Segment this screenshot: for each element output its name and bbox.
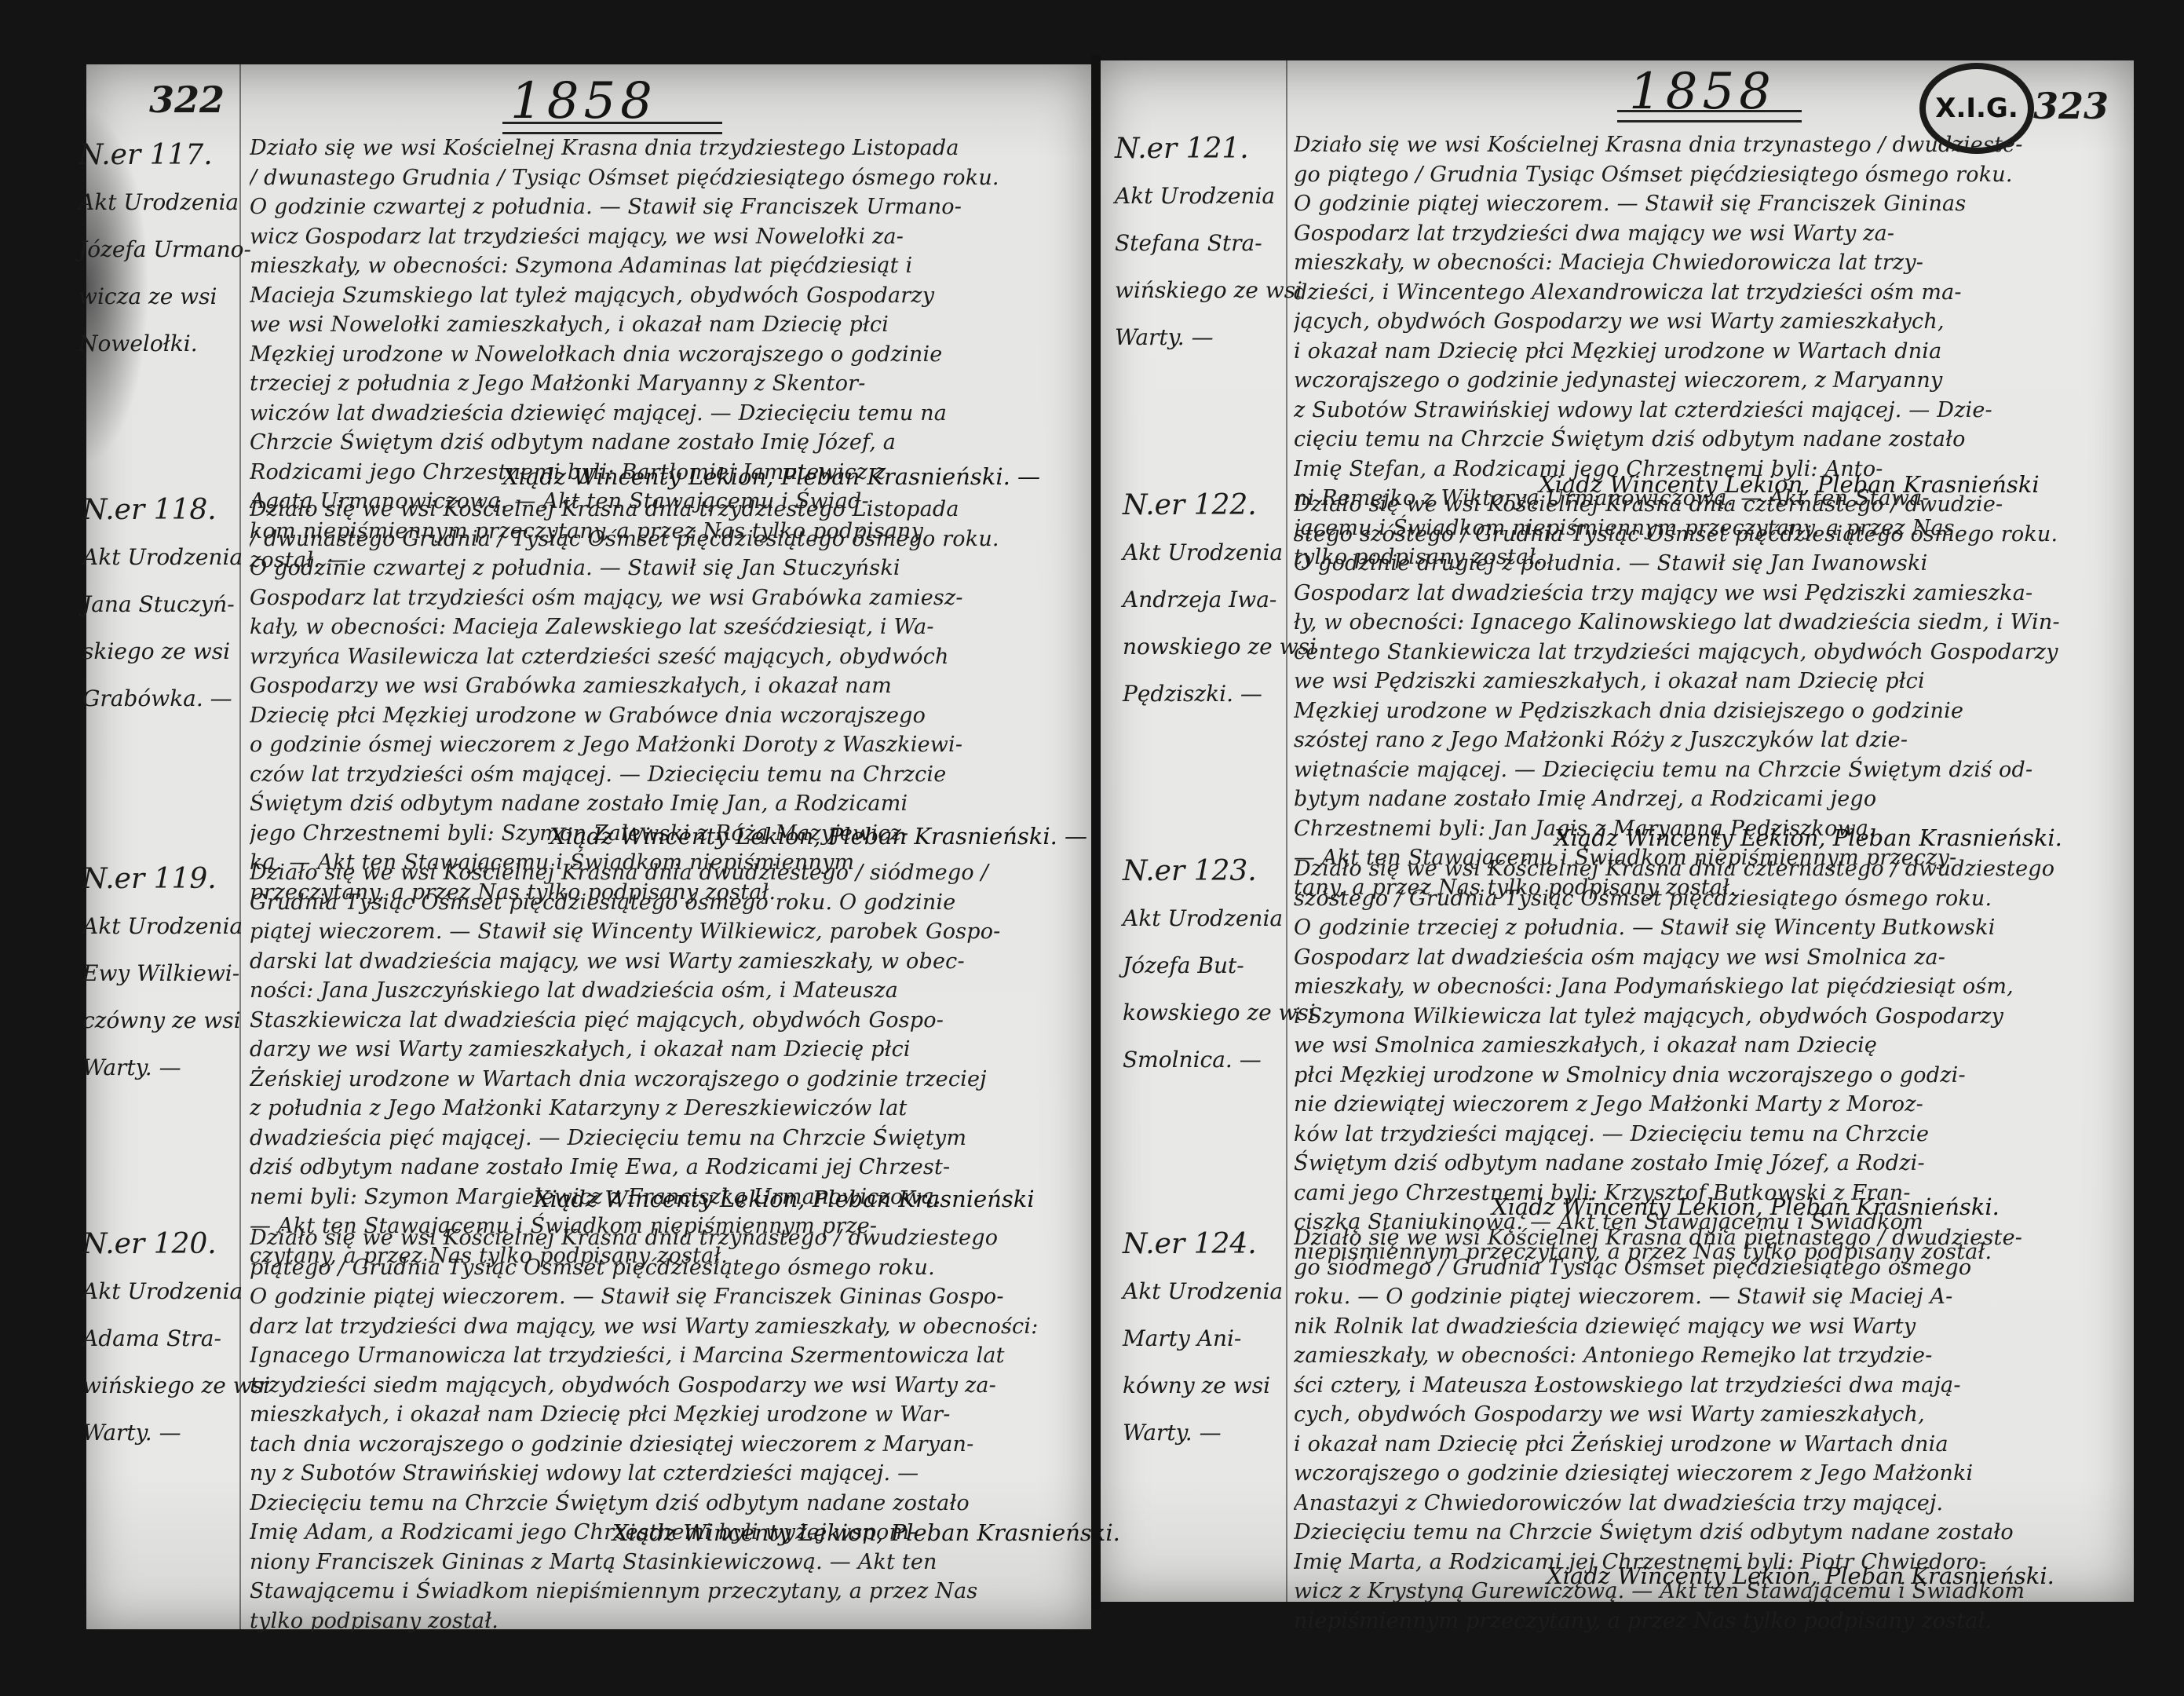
- text-line: stego szóstego / Grudnia Tysiąc Ośmset p…: [1294, 520, 2126, 550]
- text-line: dzieści, i Wincentego Alexandrowicza lat…: [1294, 278, 2126, 308]
- year-underline: [1617, 110, 1802, 122]
- entry-number: N.er 119.: [82, 856, 243, 903]
- entry-margin-line: Akt Urodzenia: [82, 1268, 270, 1315]
- text-line: Gospodarzy we wsi Grabówka zamieszkałych…: [250, 671, 1082, 701]
- text-line: ny z Subotów Strawińskiej wdowy lat czte…: [250, 1459, 1082, 1489]
- entry-margin-line: Nowelołki.: [79, 320, 251, 367]
- text-line: czów lat trzydzieści ośm mającej. — Dzie…: [250, 760, 1082, 790]
- entry-margin-line: skiego ze wsi: [82, 628, 243, 675]
- text-line: szóstej rano z Jego Małżonki Róży z Jusz…: [1294, 726, 2126, 755]
- entry-margin-line: Józefa Urmano-: [79, 226, 251, 273]
- text-line: trzydzieści siedm mających, obydwóch Gos…: [250, 1371, 1082, 1401]
- text-line: Grudnia Tysiąc Ośmset pięćdziesiątego ós…: [250, 888, 1082, 918]
- priest-signature: Xiądz Wincenty Lekion, Pleban Krasnieńsk…: [1554, 824, 2062, 851]
- text-line: z Subotów Strawińskiej wdowy lat czterdz…: [1294, 396, 2126, 426]
- entry-number: N.er 123.: [1123, 848, 1316, 895]
- text-line: o godzinie ósmej wieczorem z Jego Małżon…: [250, 730, 1082, 760]
- entry-margin-118: N.er 118. Akt Urodzenia Jana Stuczyń- sk…: [82, 487, 243, 722]
- entry-margin-119: N.er 119. Akt Urodzenia Ewy Wilkiewi- cz…: [82, 856, 243, 1091]
- entry-margin-line: Akt Urodzenia: [1123, 1268, 1283, 1315]
- entry-number: N.er 117.: [79, 132, 251, 179]
- text-line: Anastazyi z Chwiedorowiczów lat dwadzieś…: [1294, 1489, 2126, 1519]
- text-line: O godzinie trzeciej z południa. — Stawił…: [1294, 913, 2126, 943]
- entry-margin-line: kówny ze wsi: [1123, 1362, 1283, 1409]
- text-line: nik Rolnik lat dwadzieścia dziewięć mają…: [1294, 1312, 2126, 1342]
- text-line: Gospodarz lat trzydzieści dwa mający we …: [1294, 219, 2126, 249]
- text-line: we wsi Nowelołki zamieszkałych, i okazał…: [250, 310, 1082, 340]
- entry-margin-line: Jana Stuczyń-: [82, 581, 243, 628]
- text-line: Męzkiej urodzone w Pędziszkach dnia dzis…: [1294, 696, 2126, 726]
- text-line: więtnaście mającej. — Dziecięciu temu na…: [1294, 755, 2126, 785]
- entry-number: N.er 118.: [82, 487, 243, 534]
- text-line: wiczów lat dwadzieścia dziewięć mającej.…: [250, 399, 1082, 429]
- text-line: darski lat dwadzieścia mający, we wsi Wa…: [250, 947, 1082, 977]
- text-line: / dwunastego Grudnia / Tysiąc Ośmset pię…: [250, 163, 1082, 193]
- text-line: dwadzieścia pięć mającej. — Dziecięciu t…: [250, 1124, 1082, 1153]
- text-line: Działo się we wsi Kościelnej Krasna dnia…: [250, 1223, 1082, 1253]
- text-line: Działo się we wsi Kościelnej Krasna dnia…: [1294, 490, 2126, 520]
- text-line: darz lat trzydzieści dwa mający, we wsi …: [250, 1312, 1082, 1342]
- text-line: Dziecięciu temu na Chrzcie Świętym dziś …: [1294, 1518, 2126, 1548]
- priest-signature: Xiądz Wincenty Lekion, Pleban Krasnieńsk…: [502, 463, 1040, 490]
- year-underline: [502, 122, 722, 134]
- text-line: O godzinie piątej wieczorem. — Stawił si…: [1294, 189, 2126, 219]
- text-line: Działo się we wsi Kościelnej Krasna dnia…: [1294, 1223, 2126, 1253]
- text-line: Świętym dziś odbytym nadane zostało Imię…: [250, 789, 1082, 819]
- text-line: płci Męzkiej urodzone w Smolnicy dnia wc…: [1294, 1061, 2126, 1091]
- text-line: kały, w obecności: Macieja Zalewskiego l…: [250, 612, 1082, 642]
- entry-margin-line: Warty. —: [1123, 1409, 1283, 1457]
- text-line: wicz Gospodarz lat trzydzieści mający, w…: [250, 222, 1082, 252]
- text-line: mieszkały, w obecności: Jana Podymańskie…: [1294, 972, 2126, 1002]
- entry-margin-line: wińskiego ze wsi: [1115, 267, 1302, 314]
- entry-margin-123: N.er 123. Akt Urodzenia Józefa But- kows…: [1123, 848, 1316, 1084]
- text-line: zamieszkały, w obecności: Antoniego Reme…: [1294, 1341, 2126, 1371]
- entry-margin-120: N.er 120. Akt Urodzenia Adama Stra- wińs…: [82, 1221, 270, 1457]
- text-line: mieszkały, w obecności: Szymona Adaminas…: [250, 251, 1082, 281]
- text-line: szóstego / Grudnia Tysiąc Ośmset pięćdzi…: [1294, 884, 2126, 914]
- entry-margin-line: Warty. —: [82, 1044, 243, 1091]
- text-line: Męzkiej urodzone w Nowelołkach dnia wczo…: [250, 340, 1082, 370]
- text-line: O godzinie czwartej z południa. — Stawił…: [250, 192, 1082, 222]
- text-line: Żeńskiej urodzone w Wartach dnia wczoraj…: [250, 1065, 1082, 1095]
- text-line: dziś odbytym nadane zostało Imię Ewa, a …: [250, 1153, 1082, 1182]
- text-line: Gospodarz lat dwadzieścia ośm mający we …: [1294, 943, 2126, 973]
- text-line: i Szymona Wilkiewicza lat tyleż mających…: [1294, 1002, 2126, 1032]
- text-line: Świętym dziś odbytym nadane zostało Imię…: [1294, 1149, 2126, 1179]
- folio-number-right: 323: [2033, 85, 2109, 127]
- entry-margin-line: Grabówka. —: [82, 675, 243, 722]
- text-line: i okazał nam Dziecię płci Męzkiej urodzo…: [1294, 337, 2126, 367]
- entry-margin-line: Stefana Stra-: [1115, 220, 1302, 267]
- text-line: bytym nadane zostało Imię Andrzej, a Rod…: [1294, 784, 2126, 814]
- entry-margin-line: Warty. —: [82, 1409, 270, 1457]
- text-line: we wsi Smolnica zamieszkałych, i okazał …: [1294, 1031, 2126, 1061]
- entry-margin-line: Akt Urodzenia: [1115, 173, 1302, 220]
- entry-margin-122: N.er 122. Akt Urodzenia Andrzeja Iwa- no…: [1123, 482, 1317, 718]
- entry-margin-line: kowskiego ze wsi: [1123, 989, 1316, 1036]
- text-line: wrzyńca Wasilewicza lat czterdzieści sze…: [250, 642, 1082, 672]
- text-line: / dwunastego Grudnia / Tysiąc Ośmset pię…: [250, 525, 1082, 554]
- entry-margin-line: Akt Urodzenia: [79, 179, 251, 226]
- text-line: Działo się we wsi Kościelnej Krasna dnia…: [250, 495, 1082, 525]
- entry-margin-line: Adama Stra-: [82, 1315, 270, 1362]
- entry-margin-line: Akt Urodzenia: [82, 534, 243, 581]
- priest-signature: Xiądz Wincenty Lekion, Pleban Krasnieńsk…: [612, 1519, 1120, 1546]
- entry-margin-line: Andrzeja Iwa-: [1123, 576, 1317, 623]
- text-line: ści cztery, i Mateusza Łostowskiego lat …: [1294, 1371, 2126, 1401]
- text-line: O godzinie czwartej z południa. — Stawił…: [250, 554, 1082, 583]
- entry-margin-line: wicza ze wsi: [79, 273, 251, 320]
- text-line: piątego / Grudnia Tysiąc Ośmset pięćdzie…: [250, 1253, 1082, 1283]
- text-line: Stawającemu i Świadkom niepiśmiennym prz…: [250, 1577, 1082, 1606]
- entry-margin-line: Marty Ani-: [1123, 1315, 1283, 1362]
- priest-signature: Xiądz Wincenty Lekion, Pleban Krasnieńsk…: [534, 1186, 1035, 1212]
- text-line: tylko podpisany został.: [250, 1606, 1082, 1636]
- text-line: cięciu temu na Chrzcie Świętym dziś odby…: [1294, 425, 2126, 455]
- text-line: piątej wieczorem. — Stawił się Wincenty …: [250, 917, 1082, 947]
- entry-margin-line: Akt Urodzenia: [1123, 529, 1317, 576]
- entry-margin-line: Ewy Wilkiewi-: [82, 950, 243, 997]
- text-line: niony Franciszek Gininas z Martą Stasink…: [250, 1548, 1082, 1577]
- text-line: Dziecię płci Męzkiej urodzone w Grabówce…: [250, 701, 1082, 731]
- entry-number: N.er 122.: [1123, 482, 1317, 529]
- text-line: mieszkały, w obecności: Macieja Chwiedor…: [1294, 248, 2126, 278]
- text-line: trzeciej z południa z Jego Małżonki Mary…: [250, 369, 1082, 399]
- entry-margin-line: Józefa But-: [1123, 942, 1316, 989]
- priest-signature: Xiądz Wincenty Lekion, Pleban Krasnieńsk…: [550, 823, 1087, 850]
- text-line: ły, w obecności: Ignacego Kalinowskiego …: [1294, 608, 2126, 638]
- entry-margin-line: Pędziszki. —: [1123, 671, 1317, 718]
- text-line: go siódmego / Grudnia Tysiąc Ośmset pięć…: [1294, 1253, 2126, 1283]
- text-line: wczorajszego o godzinie dziesiątej wiecz…: [1294, 1459, 2126, 1489]
- text-line: niepiśmiennym przeczytany, a przez Nas t…: [1294, 1606, 2126, 1636]
- priest-signature: Xiądz Wincenty Lekion, Pleban Krasnieńsk…: [1547, 1563, 2054, 1589]
- text-line: Dziecięciu temu na Chrzcie Świętym dziś …: [250, 1489, 1082, 1519]
- text-line: darzy we wsi Warty zamieszkałych, i okaz…: [250, 1035, 1082, 1065]
- folio-number-left: 322: [149, 79, 225, 121]
- priest-signature: Xiądz Wincenty Lekion, Pleban Krasnieńsk…: [1492, 1193, 2000, 1220]
- text-line: O godzinie drugiej z południa. — Stawił …: [1294, 549, 2126, 579]
- entry-body-120: Działo się we wsi Kościelnej Krasna dnia…: [250, 1223, 1082, 1636]
- text-line: Staszkiewicza lat dwadzieścia pięć mając…: [250, 1006, 1082, 1036]
- text-line: ności: Jana Juszczyńskiego lat dwadzieśc…: [250, 976, 1082, 1006]
- text-line: wczorajszego o godzinie jedynastej wiecz…: [1294, 366, 2126, 396]
- text-line: go piątego / Grudnia Tysiąc Ośmset pięćd…: [1294, 160, 2126, 190]
- text-line: jących, obydwóch Gospodarzy we wsi Warty…: [1294, 307, 2126, 337]
- text-line: centego Stankiewicza lat trzydzieści maj…: [1294, 638, 2126, 667]
- text-line: tach dnia wczorajszego o godzinie dziesi…: [250, 1430, 1082, 1460]
- entry-margin-117: N.er 117. Akt Urodzenia Józefa Urmano- w…: [79, 132, 251, 367]
- text-line: roku. — O godzinie piątej wieczorem. — S…: [1294, 1282, 2126, 1312]
- entry-number: N.er 124.: [1123, 1221, 1283, 1268]
- text-line: mieszkałych, i okazał nam Dziecię płci M…: [250, 1400, 1082, 1430]
- text-line: Działo się we wsi Kościelnej Krasna dnia…: [1294, 130, 2126, 160]
- entry-margin-121: N.er 121. Akt Urodzenia Stefana Stra- wi…: [1115, 126, 1302, 361]
- text-line: Chrzcie Świętym dziś odbytym nadane zost…: [250, 428, 1082, 458]
- text-line: Działo się we wsi Kościelnej Krasna dnia…: [250, 133, 1082, 163]
- entry-margin-line: czówny ze wsi: [82, 997, 243, 1044]
- entry-margin-line: Akt Urodzenia: [82, 903, 243, 950]
- entry-number: N.er 121.: [1115, 126, 1302, 173]
- entry-margin-124: N.er 124. Akt Urodzenia Marty Ani- kówny…: [1123, 1221, 1283, 1457]
- text-line: Działo się we wsi Kościelnej Krasna dnia…: [1294, 854, 2126, 884]
- entry-margin-line: Akt Urodzenia: [1123, 895, 1316, 942]
- text-line: we wsi Pędziszki zamieszkałych, i okazał…: [1294, 667, 2126, 696]
- text-line: cych, obydwóch Gospodarzy we wsi Warty z…: [1294, 1400, 2126, 1430]
- entry-number: N.er 120.: [82, 1221, 270, 1268]
- entry-margin-line: wińskiego ze wsi: [82, 1362, 270, 1409]
- text-line: Działo się we wsi Kościelnej Krasna dnia…: [250, 858, 1082, 888]
- text-line: ków lat trzydzieści mającej. — Dziecięci…: [1294, 1120, 2126, 1150]
- text-line: nie dziewiątej wieczorem z Jego Małżonki…: [1294, 1090, 2126, 1120]
- text-line: Gospodarz lat dwadzieścia trzy mający we…: [1294, 579, 2126, 609]
- text-line: Macieja Szumskiego lat tyleż mających, o…: [250, 281, 1082, 311]
- entry-margin-line: Smolnica. —: [1123, 1036, 1316, 1084]
- text-line: i okazał nam Dziecię płci Żeńskiej urodz…: [1294, 1430, 2126, 1460]
- book-gutter: [1091, 55, 1101, 1610]
- text-line: Ignacego Urmanowicza lat trzydzieści, i …: [250, 1341, 1082, 1371]
- text-line: z południa z Jego Małżonki Katarzyny z D…: [250, 1094, 1082, 1124]
- entry-margin-line: Warty. —: [1115, 314, 1302, 361]
- text-line: Gospodarz lat trzydzieści ośm mający, we…: [250, 583, 1082, 613]
- text-line: O godzinie piątej wieczorem. — Stawił si…: [250, 1282, 1082, 1312]
- entry-margin-line: nowskiego ze wsi: [1123, 623, 1317, 671]
